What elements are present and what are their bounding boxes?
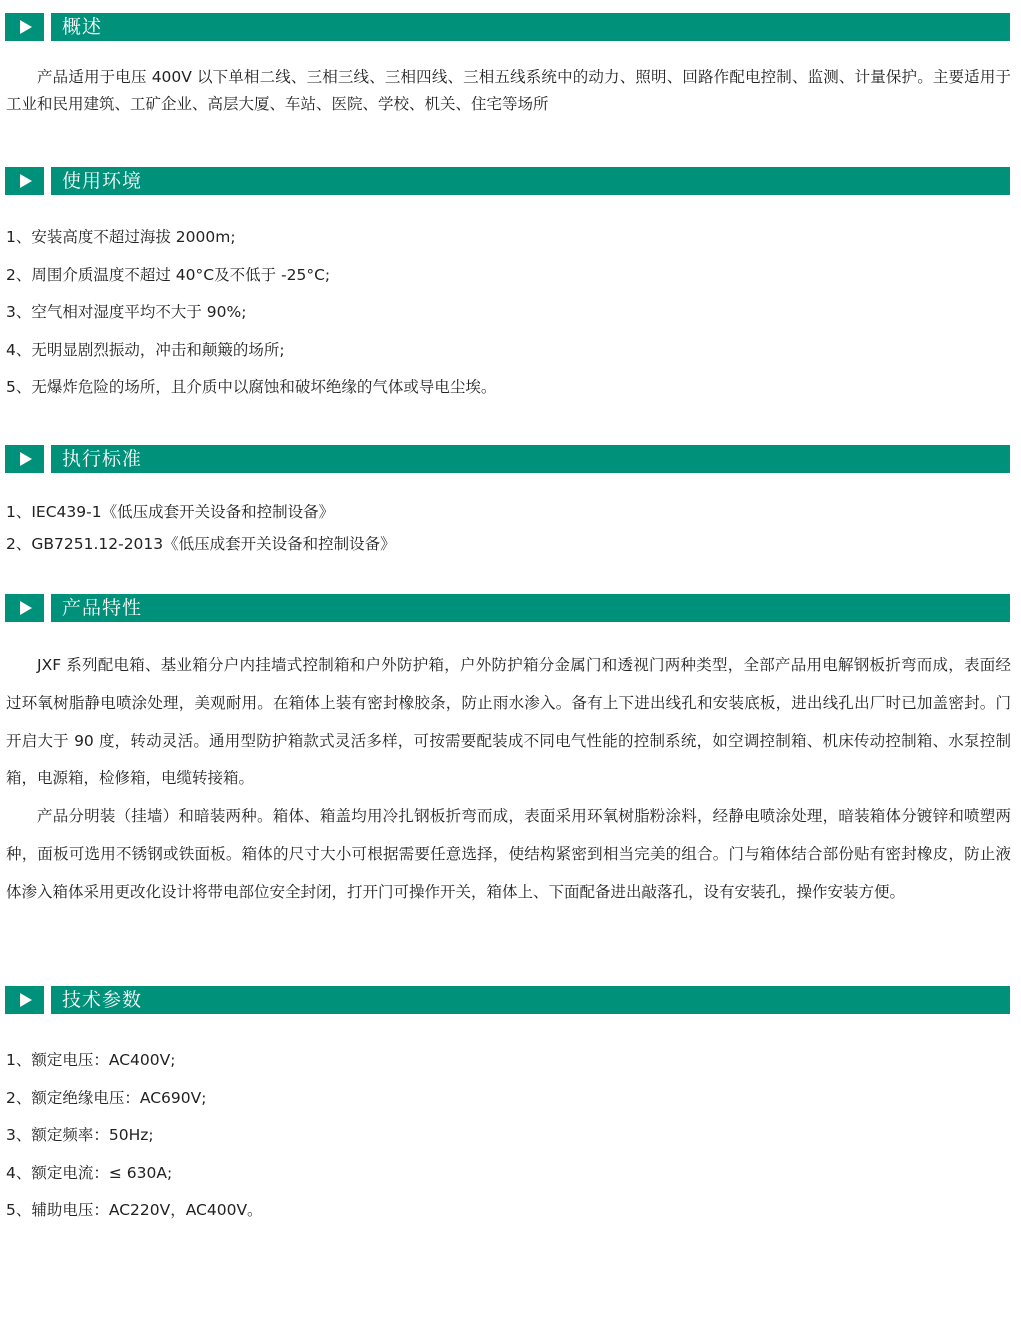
header-bar: 使用环境 [51,167,1010,195]
header-bar: 产品特性 [51,594,1010,622]
list-item: 5、无爆炸危险的场所，且介质中以腐蚀和破坏绝缘的气体或导电尘埃。 [6,369,1011,407]
list-item: 1、额定电压：AC400V; [6,1042,1011,1080]
header-icon-box [5,986,44,1014]
overview-text: 产品适用于电压 400V 以下单相二线、三相三线、三相四线、三相五线系统中的动力… [6,64,1011,118]
environment-list: 1、安装高度不超过海拔 2000m; 2、周围介质温度不超过 40°C及不低于 … [6,219,1011,407]
section-title: 技术参数 [62,988,142,1012]
specs-list: 1、额定电压：AC400V; 2、额定绝缘电压：AC690V; 3、额定频率：5… [6,1042,1011,1230]
header-icon-box [5,594,44,622]
section-title: 概述 [62,15,102,39]
section-header-environment: 使用环境 [5,167,1010,195]
play-triangle-icon [20,601,32,615]
section-title: 执行标准 [62,447,142,471]
play-triangle-icon [20,174,32,188]
section-title: 产品特性 [62,596,142,620]
list-item: 5、辅助电压：AC220V，AC400V。 [6,1192,1011,1230]
header-icon-box [5,167,44,195]
list-item: 2、GB7251.12-2013《低压成套开关设备和控制设备》 [6,529,1011,561]
header-bar: 执行标准 [51,445,1010,473]
section-header-features: 产品特性 [5,594,1010,622]
header-bar: 概述 [51,13,1010,41]
standards-list: 1、IEC439-1《低压成套开关设备和控制设备》 2、GB7251.12-20… [6,497,1011,560]
paragraph: 产品适用于电压 400V 以下单相二线、三相三线、三相四线、三相五线系统中的动力… [6,64,1011,118]
header-icon-box [5,445,44,473]
section-header-specs: 技术参数 [5,986,1010,1014]
list-item: 4、无明显剧烈振动，冲击和颠簸的场所; [6,332,1011,370]
paragraph: JXF 系列配电箱、基业箱分户内挂墙式控制箱和户外防护箱，户外防护箱分金属门和透… [6,647,1011,798]
list-item: 4、额定电流：≤ 630A; [6,1155,1011,1193]
features-text: JXF 系列配电箱、基业箱分户内挂墙式控制箱和户外防护箱，户外防护箱分金属门和透… [6,647,1011,912]
list-item: 1、安装高度不超过海拔 2000m; [6,219,1011,257]
list-item: 1、IEC439-1《低压成套开关设备和控制设备》 [6,497,1011,529]
list-item: 2、额定绝缘电压：AC690V; [6,1080,1011,1118]
section-title: 使用环境 [62,169,142,193]
paragraph: 产品分明装（挂墙）和暗装两种。箱体、箱盖均用冷扎钢板折弯而成，表面采用环氧树脂粉… [6,798,1011,911]
play-triangle-icon [20,452,32,466]
section-header-overview: 概述 [5,13,1010,41]
header-icon-box [5,13,44,41]
play-triangle-icon [20,993,32,1007]
list-item: 2、周围介质温度不超过 40°C及不低于 -25°C; [6,257,1011,295]
header-bar: 技术参数 [51,986,1010,1014]
list-item: 3、空气相对湿度平均不大于 90%; [6,294,1011,332]
section-header-standards: 执行标准 [5,445,1010,473]
list-item: 3、额定频率：50Hz; [6,1117,1011,1155]
play-triangle-icon [20,20,32,34]
